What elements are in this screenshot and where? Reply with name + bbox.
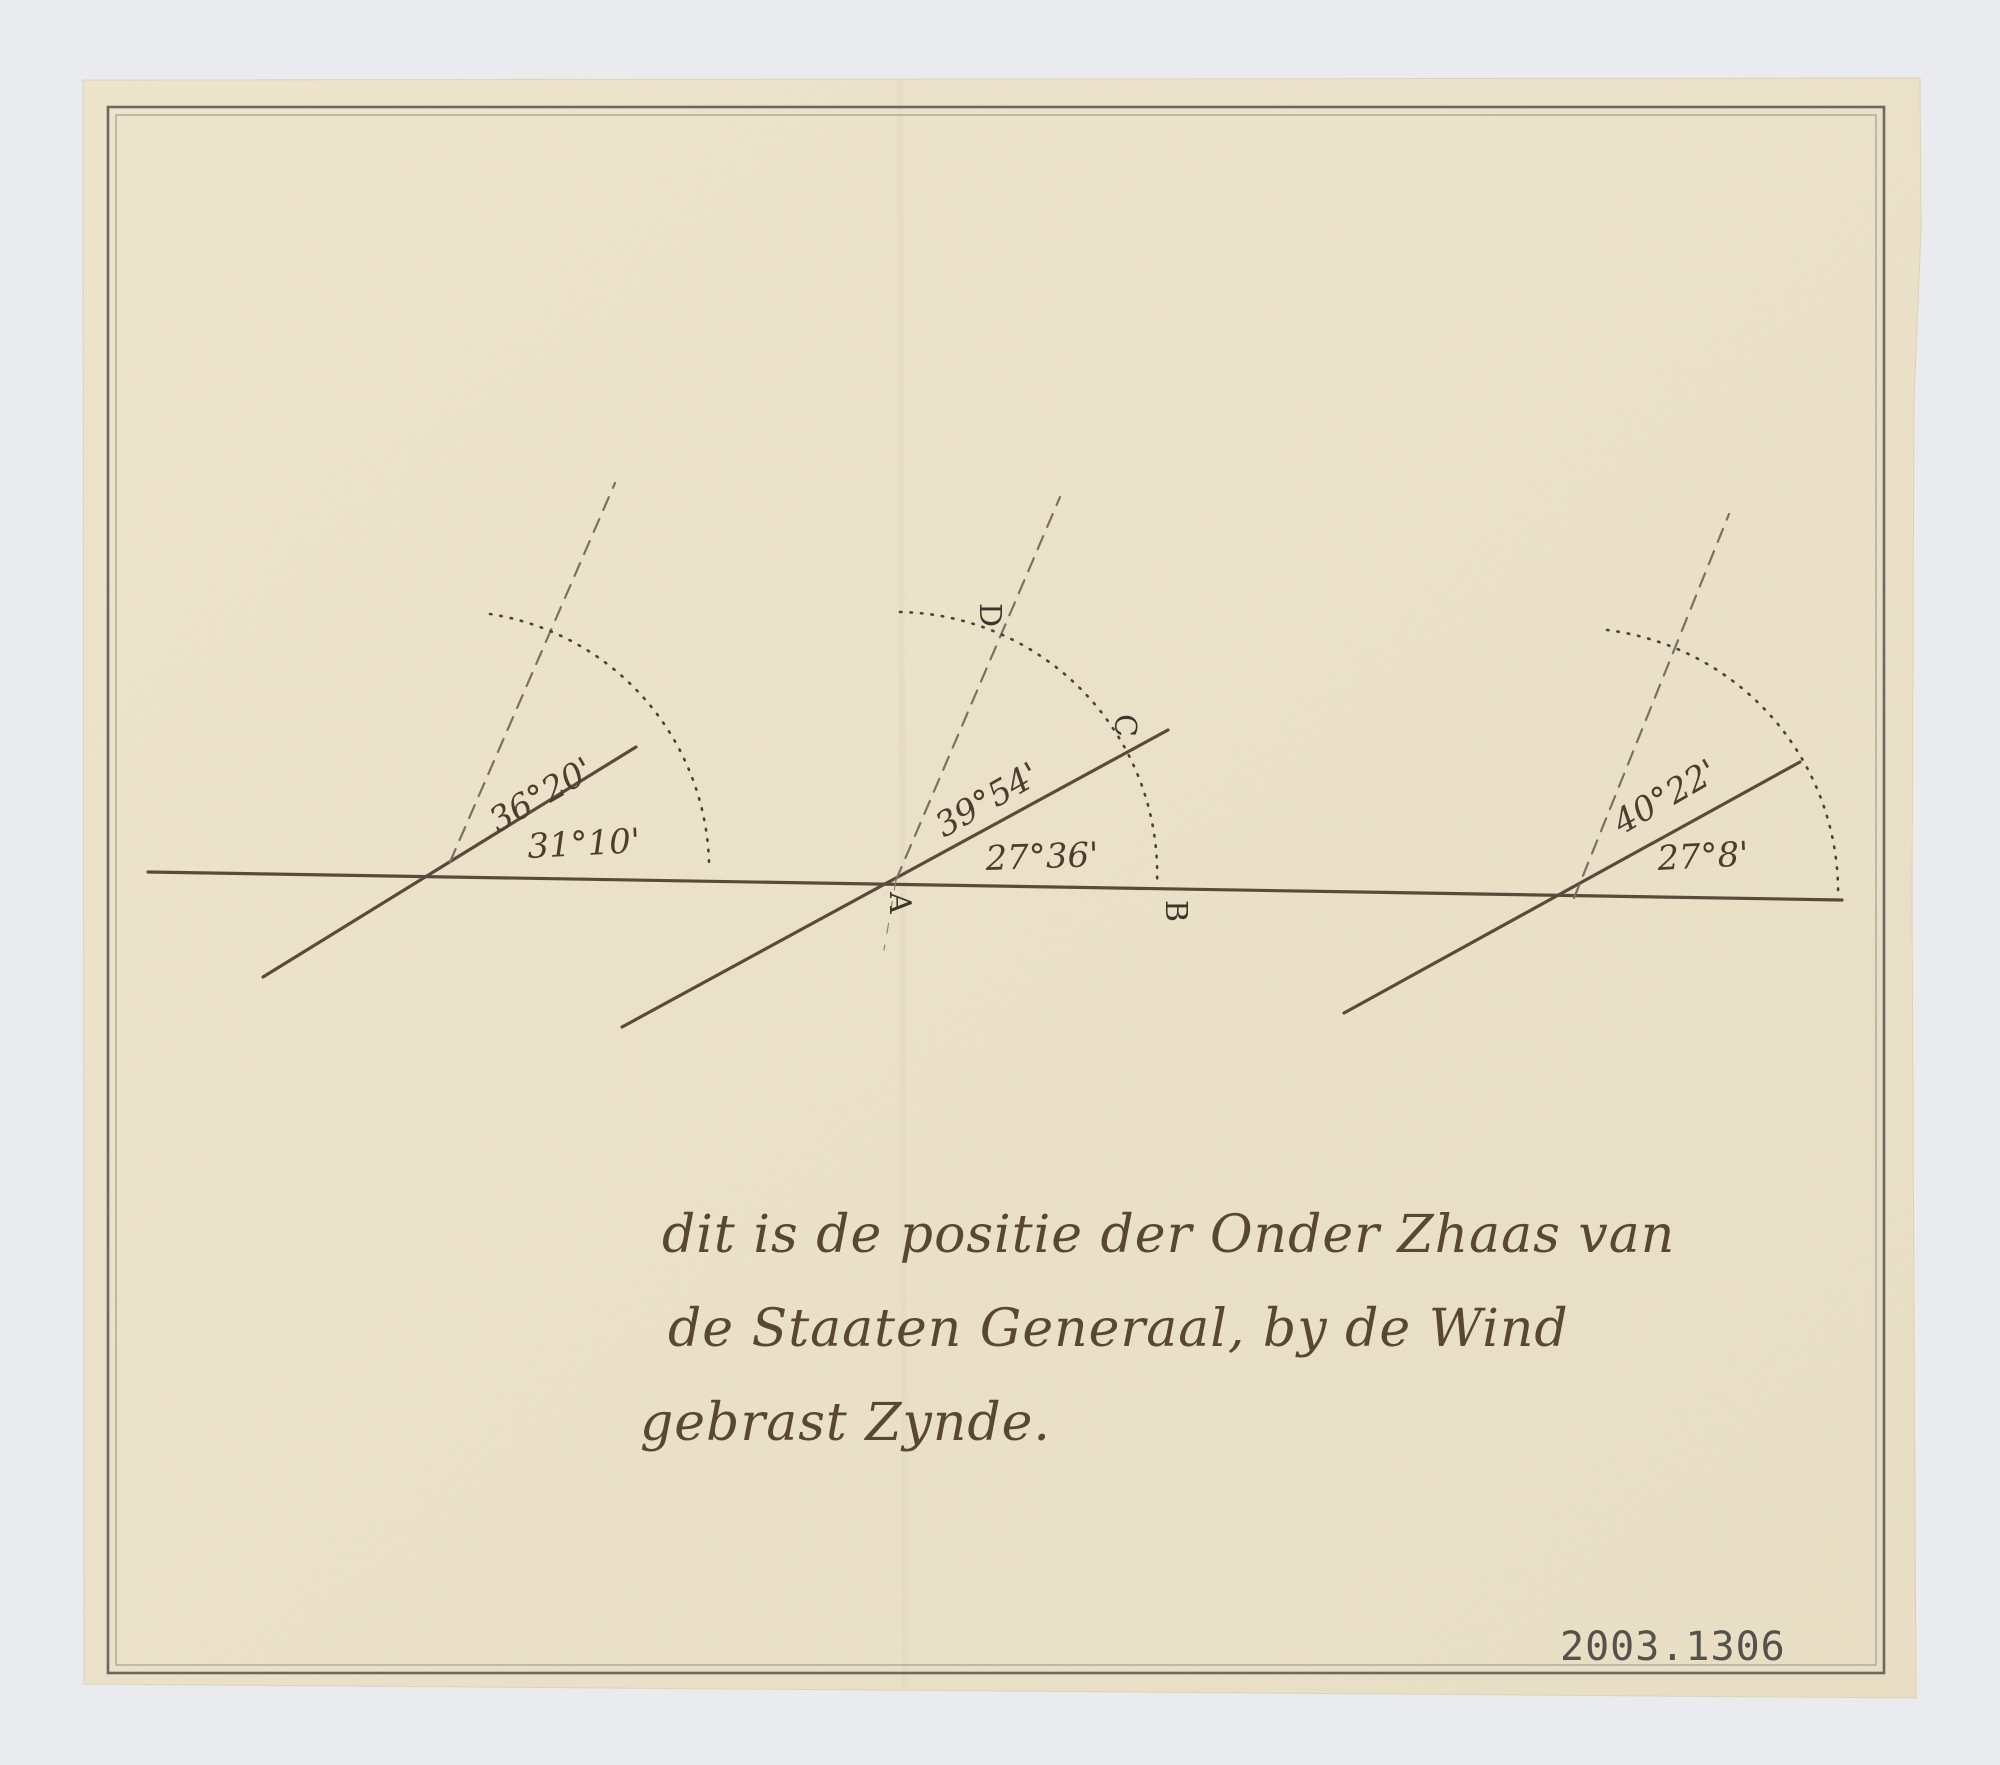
point-label-c: C <box>1107 714 1142 737</box>
document-scan: 36°20' 31°10' 39°54' 27°36' A B C D 40°2… <box>0 0 2000 1765</box>
point-label-b: B <box>1158 900 1193 922</box>
point-label-d: D <box>972 603 1007 627</box>
lower-angle-label: 31°10' <box>526 821 641 867</box>
lower-angle-label: 27°8' <box>1655 834 1749 879</box>
point-label-a: A <box>882 891 917 914</box>
lower-angle-label: 27°36' <box>984 835 1099 879</box>
inventory-number: 2003.1306 <box>1560 1624 1786 1670</box>
diagram-canvas: 36°20' 31°10' 39°54' 27°36' A B C D 40°2… <box>0 0 2000 1765</box>
paper-sheet <box>83 78 1921 1698</box>
caption-line-3: gebrast Zynde. <box>640 1393 1051 1453</box>
caption-line-2: de Staaten Generaal, by de Wind <box>668 1299 1569 1359</box>
caption-line-1: dit is de positie der Onder Zhaas van <box>662 1205 1675 1265</box>
